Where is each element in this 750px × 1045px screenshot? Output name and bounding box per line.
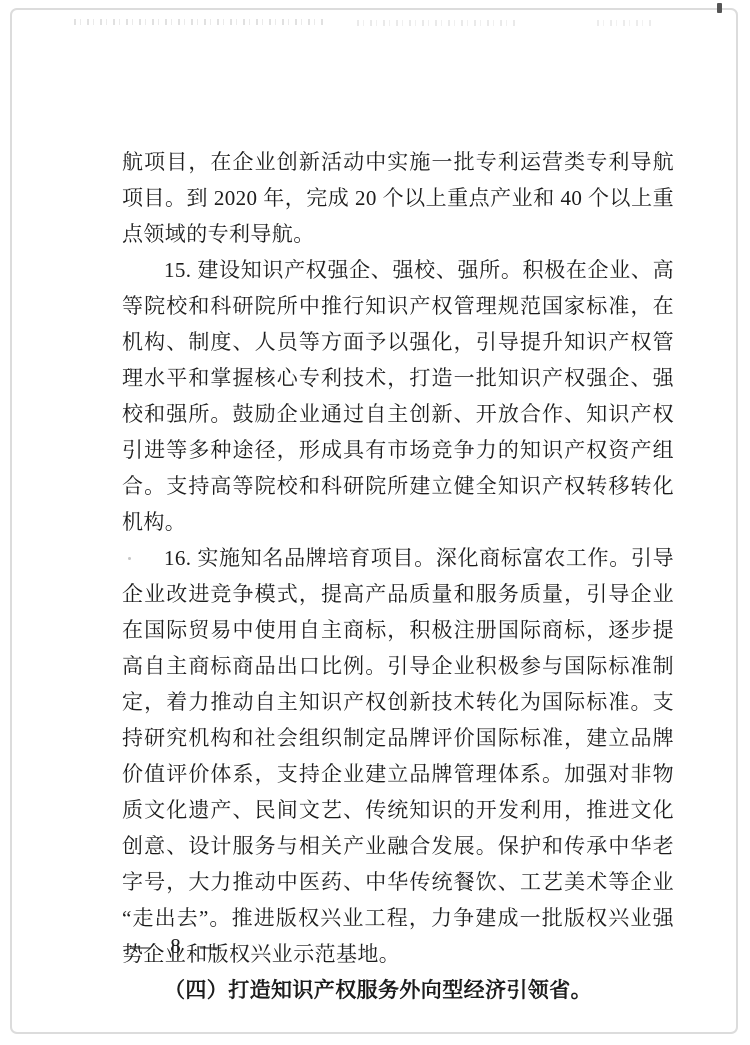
paragraph-item-16: 16. 实施知名品牌培育项目。深化商标富农工作。引导企业改进竞争模式，提高产品质… [122,540,674,972]
page-number: — 8 — [130,934,224,959]
scan-noise-artifact [357,20,517,26]
section-4-heading: （四）打造知识产权服务外向型经济引领省。 [122,972,674,1008]
document-body: 航项目，在企业创新活动中实施一批专利运营类专利导航项目。到 2020 年，完成 … [122,144,674,1008]
document-page: 航项目，在企业创新活动中实施一批专利运营类专利导航项目。到 2020 年，完成 … [10,8,738,1034]
scan-edge-mark-artifact [717,3,722,13]
paragraph-continuation: 航项目，在企业创新活动中实施一批专利运营类专利导航项目。到 2020 年，完成 … [122,144,674,252]
scan-noise-artifact [74,19,324,25]
scan-noise-artifact [597,20,652,26]
paragraph-item-15: 15. 建设知识产权强企、强校、强所。积极在企业、高等院校和科研院所中推行知识产… [122,252,674,540]
